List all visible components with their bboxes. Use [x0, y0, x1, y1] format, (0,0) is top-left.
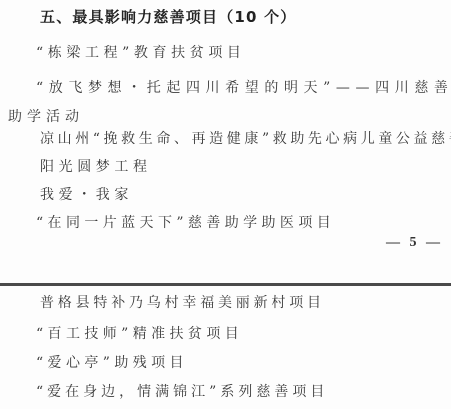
list-item: 阳光圆梦工程 — [40, 158, 152, 176]
list-item-continuation: 助学活动 — [8, 108, 84, 126]
list-item: 普格县特补乃乌村幸福美丽新村项目 — [40, 294, 325, 312]
list-item: “百工技师”精准扶贫项目 — [36, 325, 243, 343]
list-item: “爱在身边，情满锦江”系列慈善项目 — [36, 383, 328, 401]
document-page-top: 五、最具影响力慈善项目（10 个） “栋梁工程”教育扶贫项目 “放飞梦想・托起四… — [0, 0, 451, 284]
list-item: 我爱・我家 — [40, 186, 133, 204]
list-item: 凉山州“挽救生命、再造健康”救助先心病儿童公益慈善项目 — [40, 130, 451, 148]
page-number: — 5 — — [386, 235, 443, 251]
section-title: 五、最具影响力慈善项目（10 个） — [40, 8, 297, 26]
list-item: “栋梁工程”教育扶贫项目 — [36, 44, 246, 62]
list-item: “爱心亭”助残项目 — [36, 354, 188, 372]
document-page-bottom: 普格县特补乃乌村幸福美丽新村项目 “百工技师”精准扶贫项目 “爱心亭”助残项目 … — [0, 286, 451, 409]
list-item: “放飞梦想・托起四川希望的明天”——四川慈善福彩帮困 — [36, 79, 451, 97]
list-item: “在同一片蓝天下”慈善助学助医项目 — [36, 214, 335, 232]
